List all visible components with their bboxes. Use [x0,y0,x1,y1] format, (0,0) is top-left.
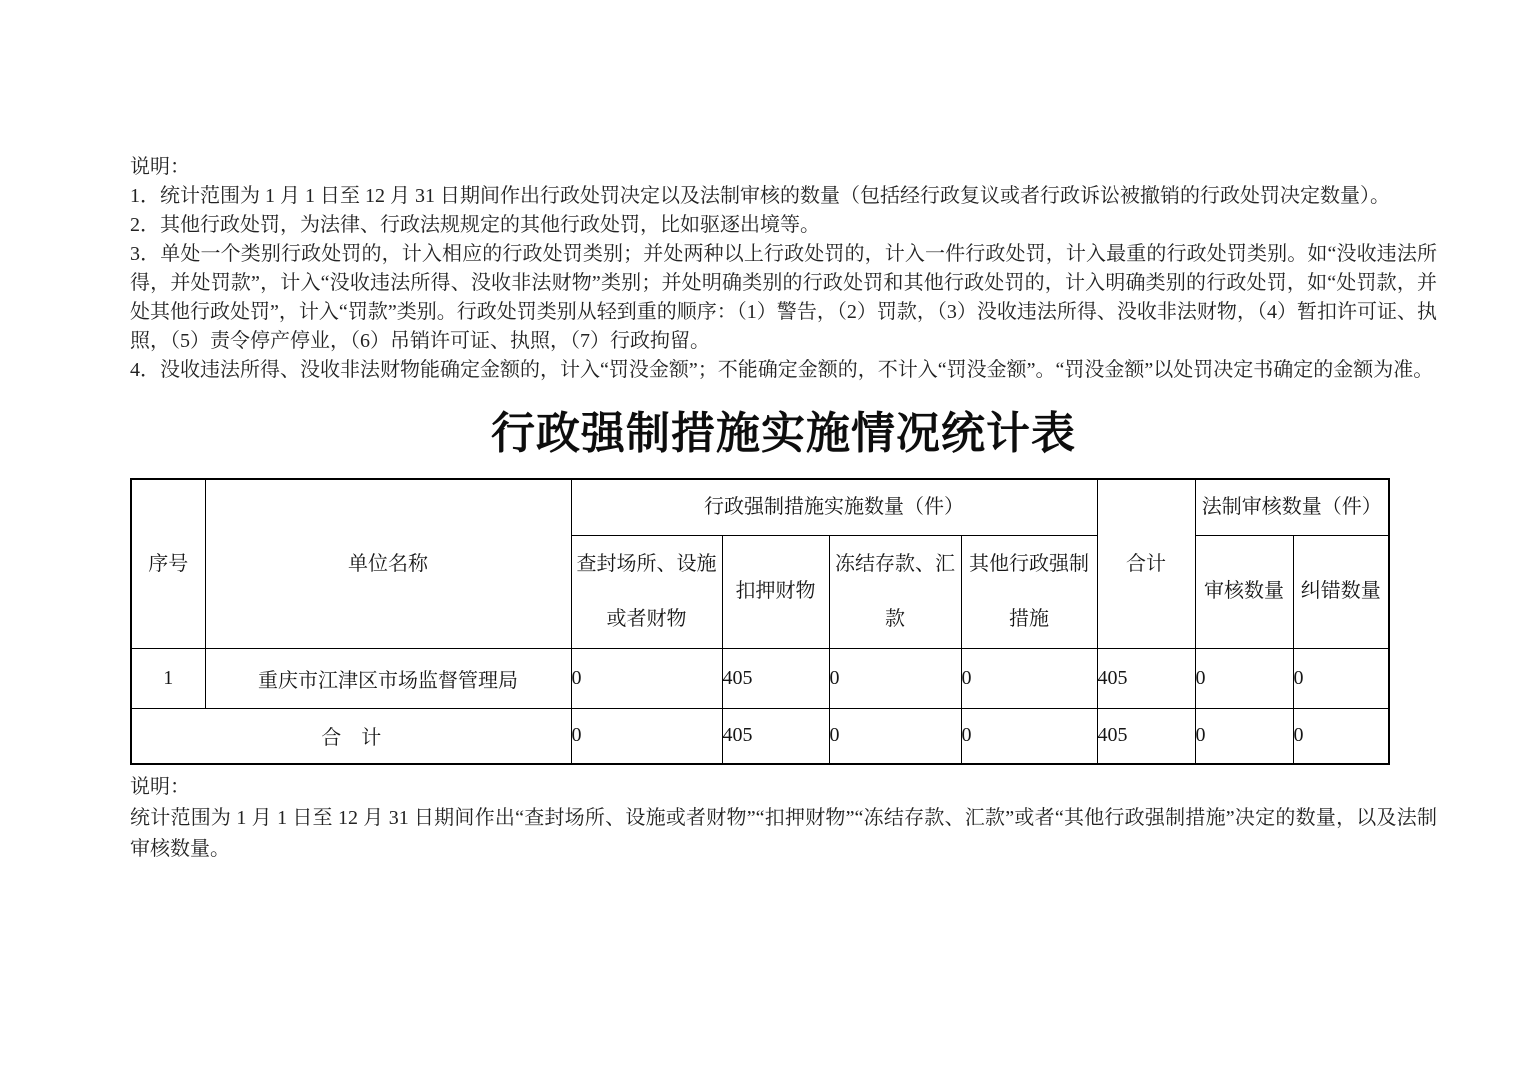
column-header-kouya: 扣押财物 [722,535,829,648]
total-heji: 405 [1097,708,1195,764]
total-chafeng: 0 [571,708,722,764]
table-row: 1 重庆市江津区市场监督管理局 0 405 0 0 405 0 0 [131,648,1389,708]
notes-top-item-1: 1．统计范围为 1 月 1 日至 12 月 31 日期间作出行政处罚决定以及法制… [130,182,1437,211]
cell-qita: 0 [961,648,1097,708]
notes-bottom-label: 说明： [130,772,1437,803]
total-label: 合 计 [131,708,571,764]
total-shenhe: 0 [1195,708,1293,764]
notes-top-label: 说明： [130,153,1437,182]
stats-table: 序号 单位名称 行政强制措施实施数量（件） 合计 法制审核数量（件） 查封场所、… [130,478,1390,765]
cell-shenhe: 0 [1195,648,1293,708]
notes-bottom-text: 统计范围为 1 月 1 日至 12 月 31 日期间作出“查封场所、设施或者财物… [130,803,1437,865]
total-qita: 0 [961,708,1097,764]
document-title: 行政强制措施实施情况统计表 [130,408,1437,460]
cell-danwei: 重庆市江津区市场监督管理局 [205,648,571,708]
column-header-jiucuo: 纠错数量 [1293,535,1389,648]
column-header-xuhao: 序号 [131,479,205,648]
total-kouya: 405 [722,708,829,764]
column-header-chafeng: 查封场所、设施或者财物 [571,535,722,648]
notes-bottom: 说明： 统计范围为 1 月 1 日至 12 月 31 日期间作出“查封场所、设施… [130,772,1437,865]
notes-top-item-2: 2．其他行政处罚，为法律、行政法规规定的其他行政处罚，比如驱逐出境等。 [130,211,1437,240]
column-header-dongjie: 冻结存款、汇款 [829,535,961,648]
cell-chafeng: 0 [571,648,722,708]
column-header-shenhe: 审核数量 [1195,535,1293,648]
cell-dongjie: 0 [829,648,961,708]
cell-kouya: 405 [722,648,829,708]
cell-jiucuo: 0 [1293,648,1389,708]
notes-top: 说明： 1．统计范围为 1 月 1 日至 12 月 31 日期间作出行政处罚决定… [130,153,1437,385]
column-group-fazhi: 法制审核数量（件） [1195,479,1389,535]
document-page: 说明： 1．统计范围为 1 月 1 日至 12 月 31 日期间作出行政处罚决定… [0,0,1520,1074]
column-header-heji: 合计 [1097,479,1195,648]
total-dongjie: 0 [829,708,961,764]
notes-top-item-3: 3．单处一个类别行政处罚的，计入相应的行政处罚类别；并处两种以上行政处罚的，计入… [130,240,1437,356]
column-group-qiangzhi: 行政强制措施实施数量（件） [571,479,1097,535]
column-header-danwei: 单位名称 [205,479,571,648]
total-jiucuo: 0 [1293,708,1389,764]
total-row: 合 计 0 405 0 0 405 0 0 [131,708,1389,764]
column-header-qita: 其他行政强制措施 [961,535,1097,648]
header-row-top: 序号 单位名称 行政强制措施实施数量（件） 合计 法制审核数量（件） [131,479,1389,535]
cell-xuhao: 1 [131,648,205,708]
notes-top-item-4: 4．没收违法所得、没收非法财物能确定金额的，计入“罚没金额”；不能确定金额的，不… [130,356,1437,385]
cell-heji: 405 [1097,648,1195,708]
